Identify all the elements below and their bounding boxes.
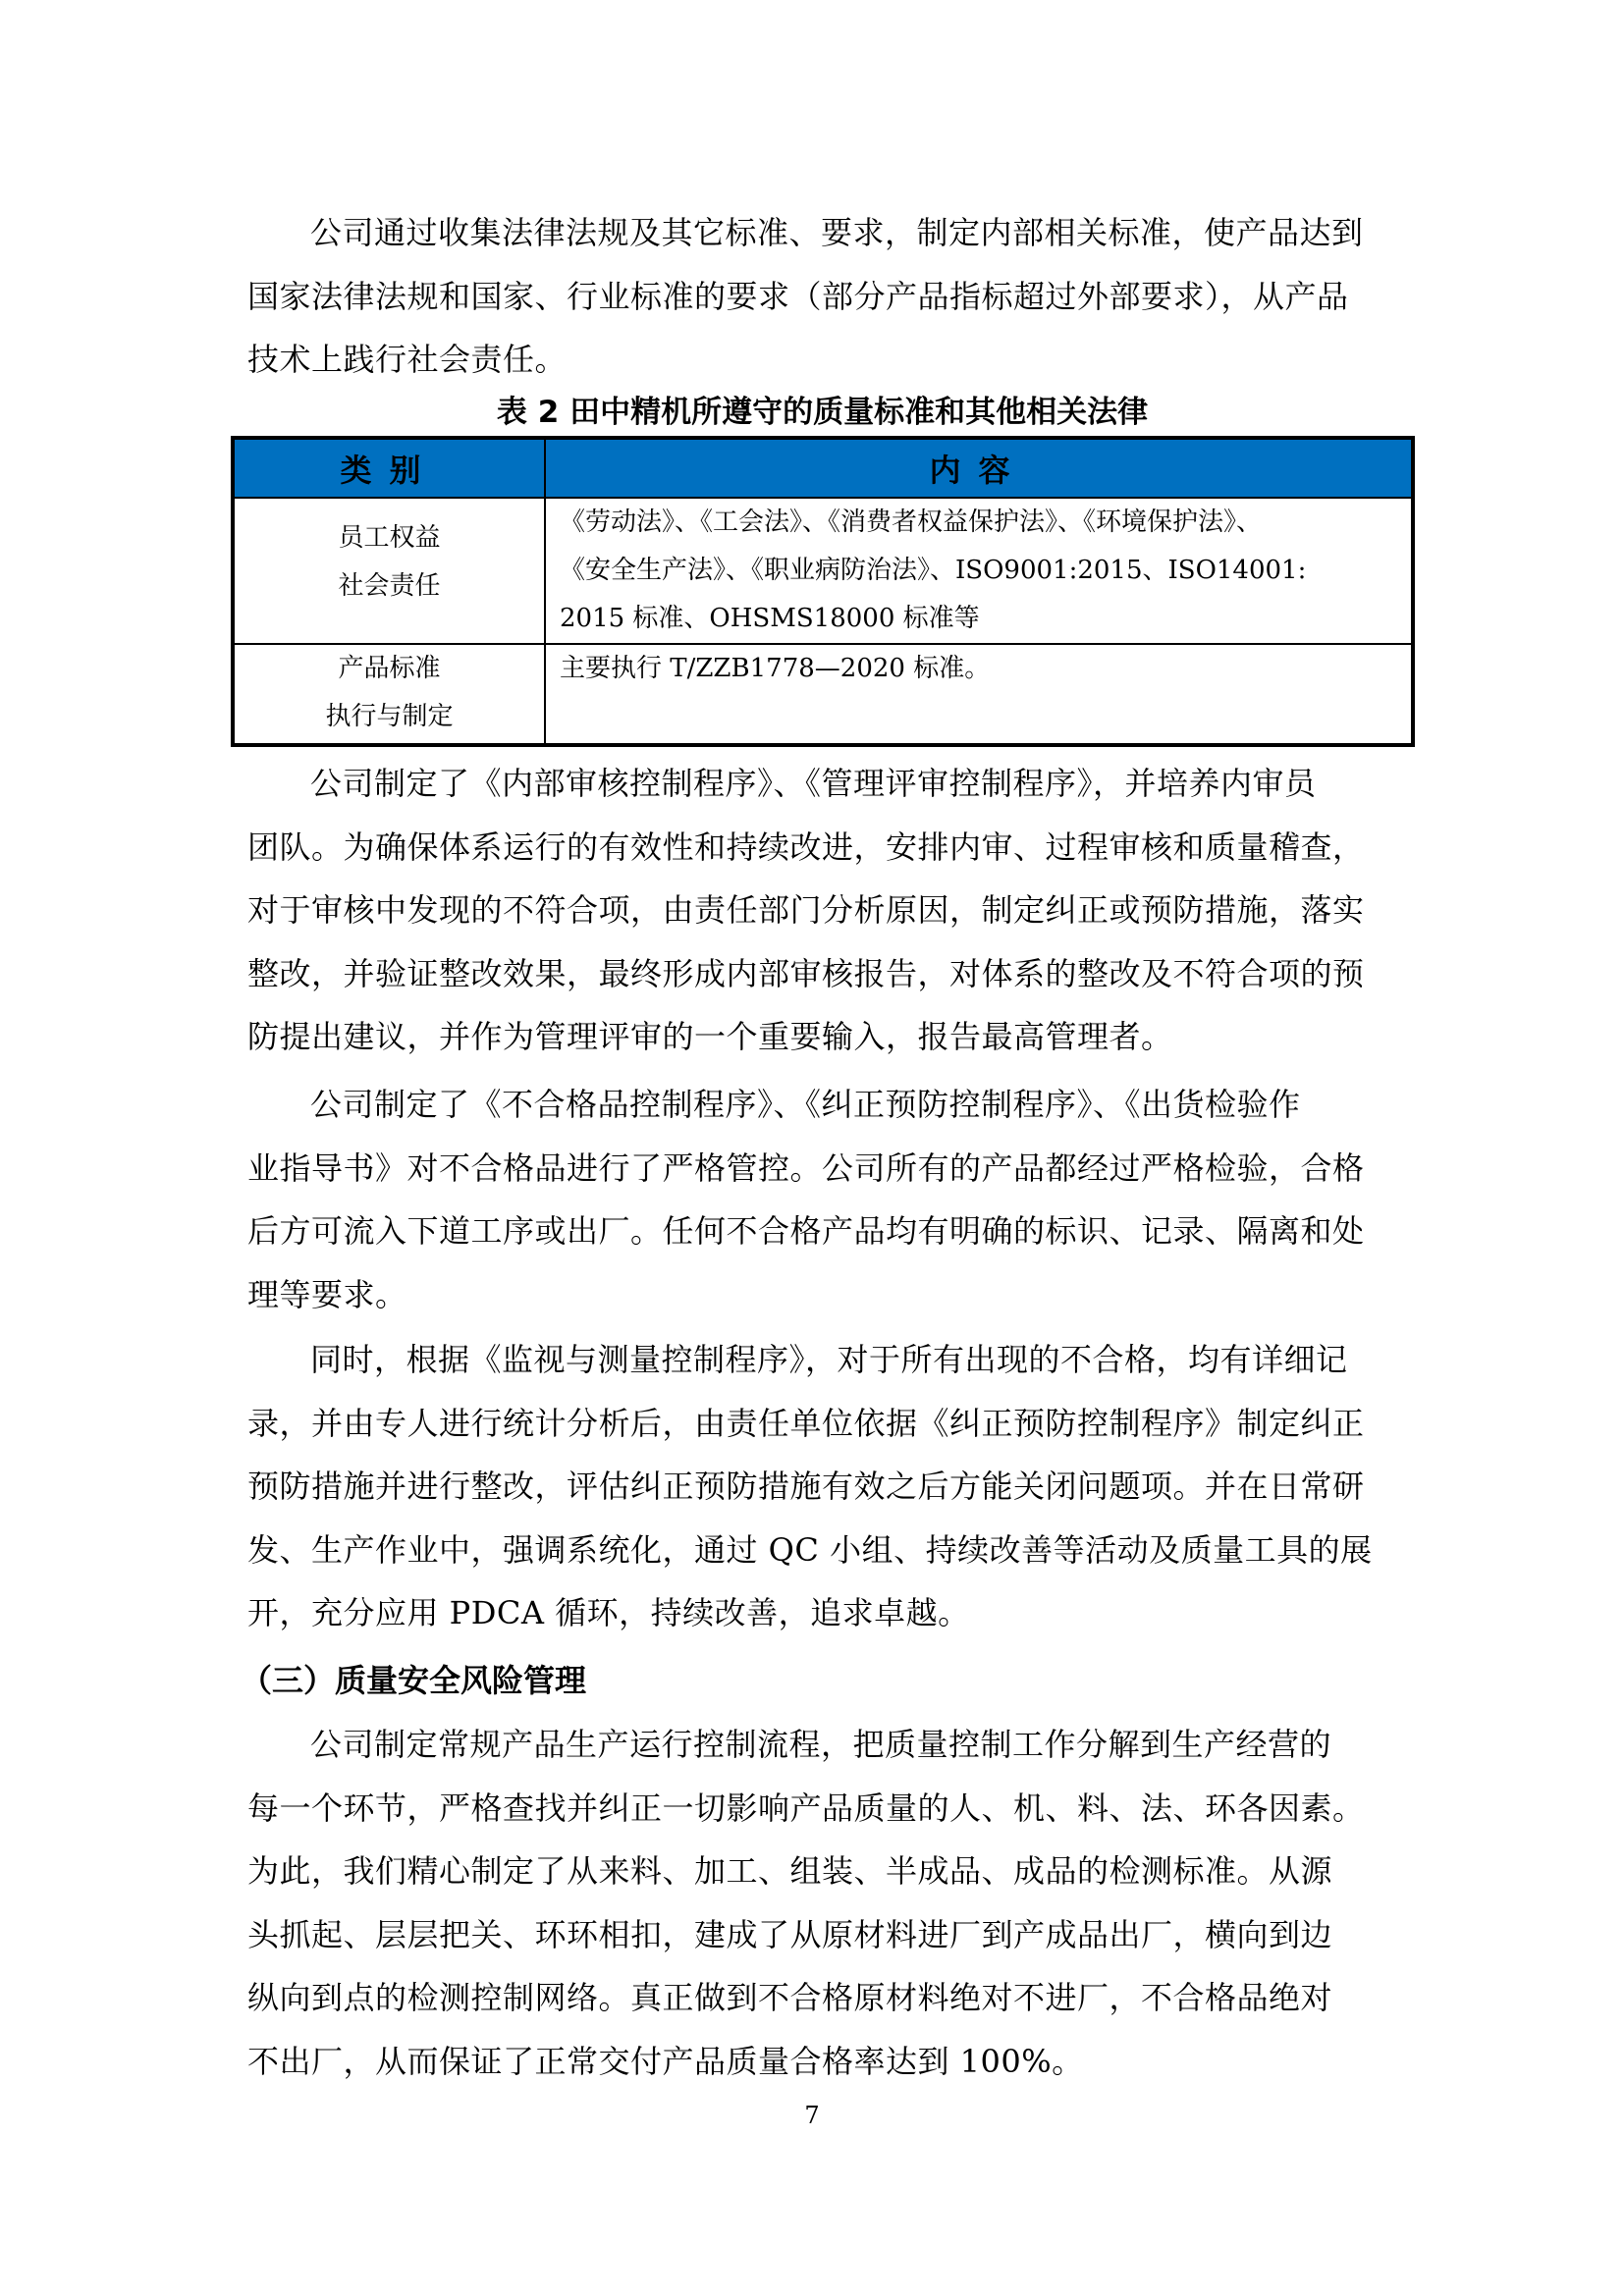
paragraph-line: 录，并由专人进行统计分析后，由责任单位依据《纠正预防控制程序》制定纠正 [247, 1392, 1386, 1456]
content-line: 《劳动法》、《工会法》、《消费者权益保护法》、《环境保护法》、 [560, 499, 1403, 547]
paragraph-line: 为此，我们精心制定了从来料、加工、组装、半成品、成品的检测标准。从源 [247, 1840, 1386, 1903]
header-content: 内容 [545, 438, 1413, 498]
paragraph-line: 纵向到点的检测控制网络。真正做到不合格原材料绝对不进厂，不合格品绝对 [247, 1966, 1386, 2030]
section-heading: （三）质量安全风险管理 [241, 1649, 586, 1712]
row-category-cell: 员工权益 社会责任 [233, 498, 545, 644]
paragraph-line: 同时，根据《监视与测量控制程序》，对于所有出现的不合格，均有详细记 [247, 1328, 1386, 1392]
paragraph-line: 整改，并验证整改效果，最终形成内部审核报告，对体系的整改及不符合项的预 [247, 942, 1386, 1006]
paragraph-line: 开，充分应用 PDCA 循环，持续改善，追求卓越。 [247, 1581, 1386, 1645]
row-category-cell: 产品标准 执行与制定 [233, 644, 545, 745]
paragraph-line: 公司通过收集法律法规及其它标准、要求，制定内部相关标准，使产品达到 [247, 201, 1386, 265]
audit-paragraph: 公司制定了《内部审核控制程序》、《管理评审控制程序》，并培养内审员 团队。为确保… [247, 752, 1386, 1069]
page-number: 7 [0, 2101, 1624, 2130]
row-content-cell: 《劳动法》、《工会法》、《消费者权益保护法》、《环境保护法》、 《安全生产法》、… [545, 498, 1413, 644]
category-line: 执行与制定 [235, 693, 544, 741]
table-caption: 表 2 田中精机所遵守的质量标准和其他相关法律 [231, 391, 1414, 434]
content-line: 《安全生产法》、《职业病防治法》、ISO9001:2015、ISO14001: [560, 547, 1403, 595]
paragraph-line: 公司制定了《内部审核控制程序》、《管理评审控制程序》，并培养内审员 [247, 752, 1386, 816]
paragraph-line: 业指导书》对不合格品进行了严格管控。公司所有的产品都经过严格检验，合格 [247, 1137, 1386, 1201]
paragraph-line: 团队。为确保体系运行的有效性和持续改进，安排内审、过程审核和质量稽查， [247, 816, 1386, 880]
paragraph-line: 国家法律法规和国家、行业标准的要求（部分产品指标超过外部要求），从产品 [247, 265, 1386, 329]
paragraph-line: 不出厂，从而保证了正常交付产品质量合格率达到 100%。 [247, 2030, 1386, 2094]
category-line: 员工权益 [235, 514, 544, 562]
standards-table: 类别 内容 员工权益 社会责任 《劳动法》、《工会法》、《消费者权益保护法》、《… [231, 436, 1415, 747]
document-page: 公司通过收集法律法规及其它标准、要求，制定内部相关标准，使产品达到 国家法律法规… [0, 0, 1624, 2296]
content-line: 2015 标准、OHSMS18000 标准等 [560, 595, 1403, 643]
monitoring-paragraph: 同时，根据《监视与测量控制程序》，对于所有出现的不合格，均有详细记 录，并由专人… [247, 1328, 1386, 1645]
paragraph-line: 后方可流入下道工序或出厂。任何不合格产品均有明确的标识、记录、隔离和处 [247, 1200, 1386, 1263]
paragraph-line: 预防措施并进行整改，评估纠正预防措施有效之后方能关闭问题项。并在日常研 [247, 1455, 1386, 1519]
paragraph-line: 理等要求。 [247, 1263, 1386, 1327]
content-line: 主要执行 T/ZZB1778—2020 标准。 [560, 645, 1403, 693]
paragraph-line: 发、生产作业中，强调系统化，通过 QC 小组、持续改善等活动及质量工具的展 [247, 1519, 1386, 1582]
paragraph-line: 每一个环节，严格查找并纠正一切影响产品质量的人、机、料、法、环各因素。 [247, 1777, 1386, 1841]
table-header-row: 类别 内容 [233, 438, 1413, 498]
paragraph-line: 公司制定常规产品生产运行控制流程，把质量控制工作分解到生产经营的 [247, 1713, 1386, 1777]
category-line: 产品标准 [235, 645, 544, 693]
category-line: 社会责任 [235, 562, 544, 611]
risk-paragraph: 公司制定常规产品生产运行控制流程，把质量控制工作分解到生产经营的 每一个环节，严… [247, 1713, 1386, 2093]
paragraph-line: 技术上践行社会责任。 [247, 328, 1386, 392]
paragraph-line: 对于审核中发现的不符合项，由责任部门分析原因，制定纠正或预防措施，落实 [247, 879, 1386, 942]
table-row: 产品标准 执行与制定 主要执行 T/ZZB1778—2020 标准。 [233, 644, 1413, 745]
nonconforming-paragraph: 公司制定了《不合格品控制程序》、《纠正预防控制程序》、《出货检验作 业指导书》对… [247, 1073, 1386, 1326]
table-row: 员工权益 社会责任 《劳动法》、《工会法》、《消费者权益保护法》、《环境保护法》… [233, 498, 1413, 644]
row-content-cell: 主要执行 T/ZZB1778—2020 标准。 [545, 644, 1413, 745]
paragraph-line: 防提出建议，并作为管理评审的一个重要输入，报告最高管理者。 [247, 1005, 1386, 1069]
paragraph-line: 头抓起、层层把关、环环相扣，建成了从原材料进厂到产成品出厂，横向到边 [247, 1903, 1386, 1967]
paragraph-line: 公司制定了《不合格品控制程序》、《纠正预防控制程序》、《出货检验作 [247, 1073, 1386, 1137]
header-category: 类别 [233, 438, 545, 498]
intro-paragraph: 公司通过收集法律法规及其它标准、要求，制定内部相关标准，使产品达到 国家法律法规… [247, 201, 1386, 392]
